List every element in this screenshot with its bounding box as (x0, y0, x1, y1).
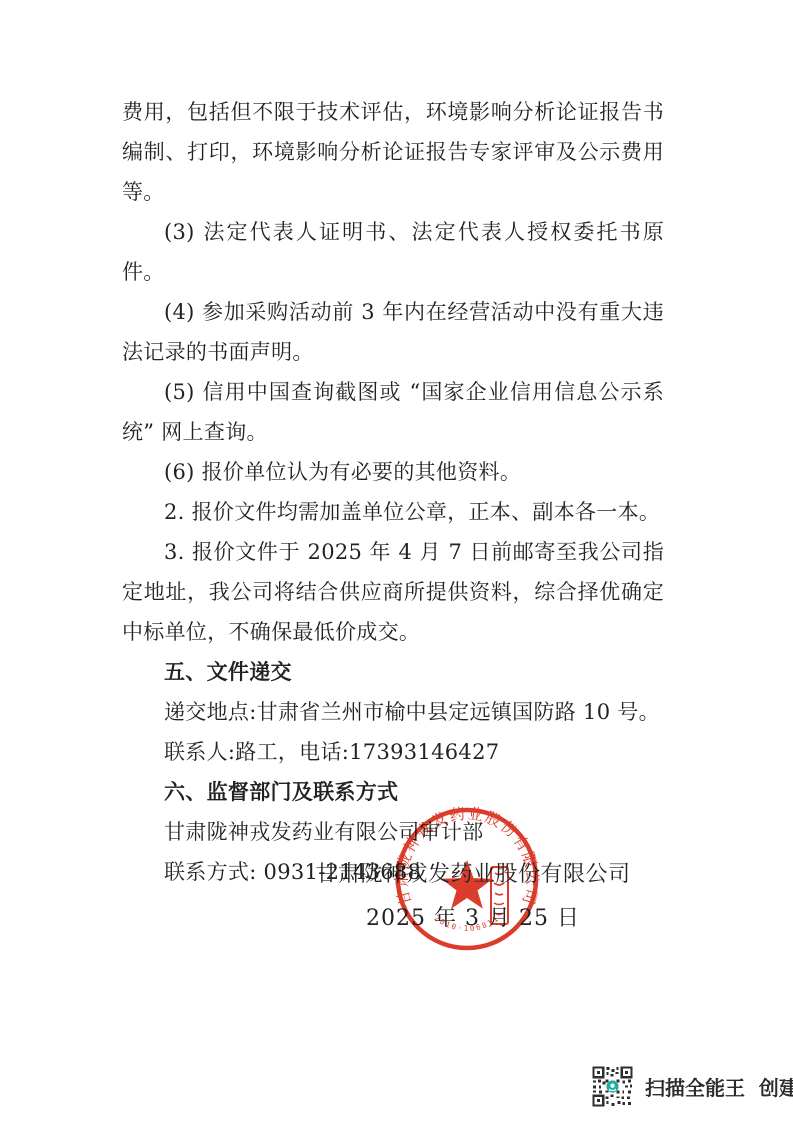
paragraph: 递交地点:甘肃省兰州市榆中县定远镇国防路 10 号。 (122, 692, 664, 732)
scanned-document-page: 费用，包括但不限于技术评估，环境影响分析论证报告书编制、打印，环境影响分析论证报… (0, 0, 793, 1122)
paragraph: (5) 信用中国查询截图或 “国家企业信用信息公示系统” 网上查询。 (122, 372, 664, 452)
paragraph: 费用，包括但不限于技术评估，环境影响分析论证报告书编制、打印，环境影响分析论证报… (122, 92, 664, 212)
paragraph: 2. 报价文件均需加盖单位公章，正本、副本各一本。 (122, 492, 664, 532)
document-body: 费用，包括但不限于技术评估，环境影响分析论证报告书编制、打印，环境影响分析论证报… (122, 92, 664, 892)
paragraph: (4) 参加采购活动前 3 年内在经营活动中没有重大违法记录的书面声明。 (122, 292, 664, 372)
section-heading: 五、文件递交 (122, 652, 664, 692)
qr-code-icon (592, 1066, 633, 1107)
signature-block: 甘肃陇神戎发药业股份有限公司 2025 年 3 月 25 日 (313, 861, 633, 932)
signature-company: 甘肃陇神戎发药业股份有限公司 (313, 861, 633, 888)
paragraph: (3) 法定代表人证明书、法定代表人授权委托书原件。 (122, 212, 664, 292)
paragraph: (6) 报价单位认为有必要的其他资料。 (122, 452, 664, 492)
signature-date: 2025 年 3 月 25 日 (313, 905, 633, 932)
paragraph: 3. 报价文件于 2025 年 4 月 7 日前邮寄至我公司指定地址，我公司将结… (122, 532, 664, 652)
camscanner-watermark: 扫描全能王 创建 (592, 1064, 793, 1108)
watermark-text: 扫描全能王 创建 (645, 1072, 793, 1101)
paragraph: 联系人:路工，电话:17393146427 (122, 732, 664, 772)
